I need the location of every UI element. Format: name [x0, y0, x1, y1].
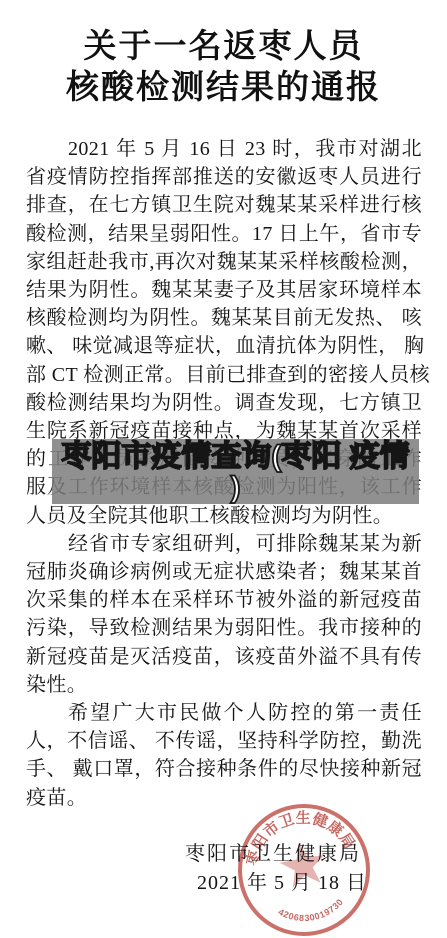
signature-date: 2021 年 5 月 18 日 — [0, 869, 447, 898]
body-line: 2021 年 5 月 16 日 23 时，我市对湖北 — [26, 135, 422, 163]
signature-block: 枣阳市卫生健康局 2021 年 5 月 18 日 — [0, 840, 447, 898]
title-line-1: 关于一名返枣人员 — [0, 27, 447, 68]
body-line: 染性。 — [26, 671, 422, 699]
body-line: 希望广大市民做个人防控的第一责任 — [26, 699, 422, 727]
body-line: 次采集的样本在采样环节被外溢的新冠疫苗 — [26, 586, 422, 614]
body-line: 排查，在七方镇卫生院对魏某某采样进行核 — [26, 191, 422, 219]
watermark-banner: 枣阳市疫情查询(枣阳 疫情 ) — [52, 439, 419, 504]
official-seal: 枣阳市卫生健康局 4206830019730 — [234, 800, 374, 938]
body-line: 手、 戴口罩，符合接种条件的尽快接种新冠 — [26, 755, 422, 783]
body-line: 省疫情防控指挥部推送的安徽返枣人员进行 — [26, 163, 422, 191]
body-line: 嗽、 味觉减退等症状，血清抗体为阴性， 胸 — [26, 332, 422, 360]
body-line: 结果为阴性。魏某某妻子及其居家环境样本 — [26, 276, 422, 304]
notice-page: 关于一名返枣人员 核酸检测结果的通报 2021 年 5 月 16 日 23 时，… — [0, 0, 447, 938]
title-line-2: 核酸检测结果的通报 — [0, 68, 447, 109]
body-line: 人员及全院其他职工核酸检测均为阴性。 — [26, 502, 422, 530]
body-line: 人，不信谣、 不传谣，坚持科学防控，勤洗 — [26, 727, 422, 755]
body-line: 污染，导致检测结果为弱阳性。我市接种的 — [26, 614, 422, 642]
body-line: 冠肺炎确诊病例或无症状感染者；魏某某首 — [26, 558, 422, 586]
body-line: 家组赶赴我市,再次对魏某某采样核酸检测， — [26, 248, 422, 276]
watermark-text-line1: 枣阳市疫情查询(枣阳 疫情 — [61, 441, 409, 472]
seal-star — [277, 838, 329, 889]
body-line: 酸检测，结果呈弱阳性。17 日上午，省市专 — [26, 220, 422, 248]
body-line: 新冠疫苗是灭活疫苗，该疫苗外溢不具有传 — [26, 643, 422, 671]
signature-org: 枣阳市卫生健康局 — [0, 840, 447, 869]
body-line: 经省市专家组研判，可排除魏某某为新 — [26, 530, 422, 558]
body-line: 部 CT 检测正常。目前已排查到的密接人员核 — [26, 361, 422, 389]
notice-title: 关于一名返枣人员 核酸检测结果的通报 — [0, 0, 447, 109]
body-line: 酸检测结果均为阴性。调查发现，七方镇卫 — [26, 389, 422, 417]
watermark-text-line2: ) — [231, 472, 241, 503]
body-line: 核酸检测均为阴性。魏某某目前无发热、 咳 — [26, 304, 422, 332]
